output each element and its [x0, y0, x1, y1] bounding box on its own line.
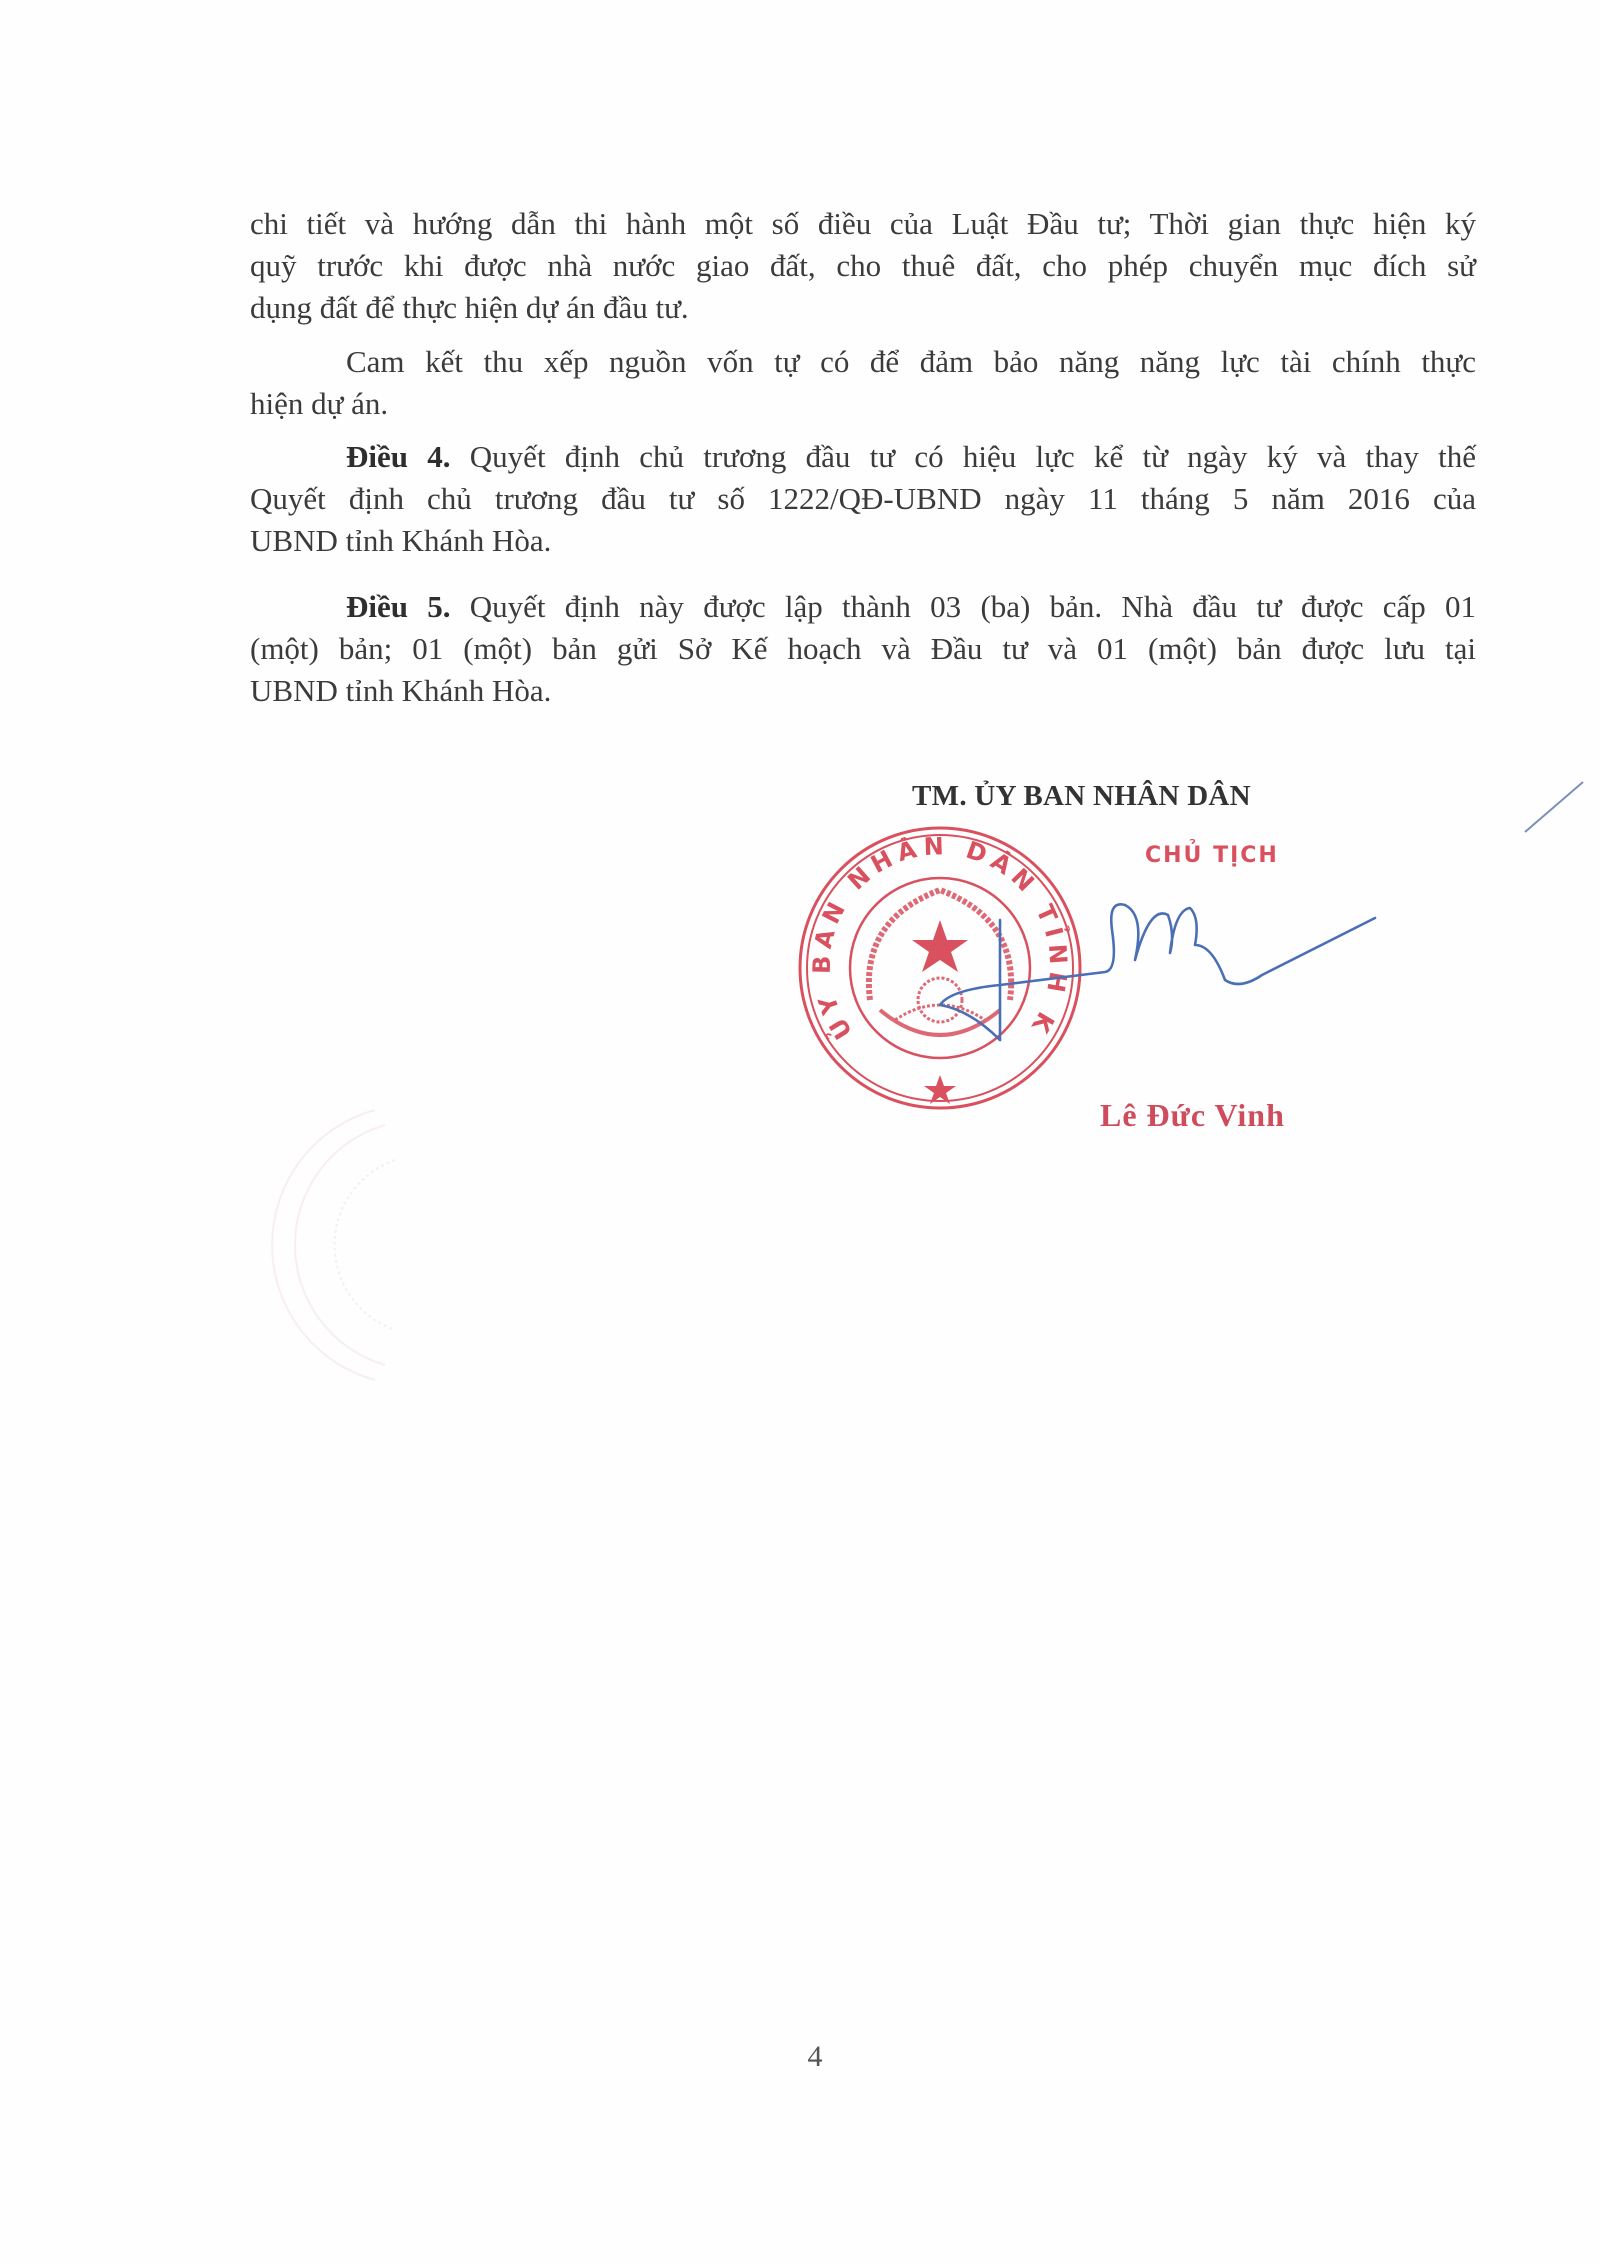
document-page: chi tiết và hướng dẫn thi hành một số đi… [0, 0, 1600, 2264]
margin-pen-stroke [1525, 782, 1583, 832]
handwritten-signature [0, 0, 1600, 2264]
page-number: 4 [800, 2040, 830, 2074]
signatory-name: Lê Đức Vinh [1100, 1097, 1285, 1134]
